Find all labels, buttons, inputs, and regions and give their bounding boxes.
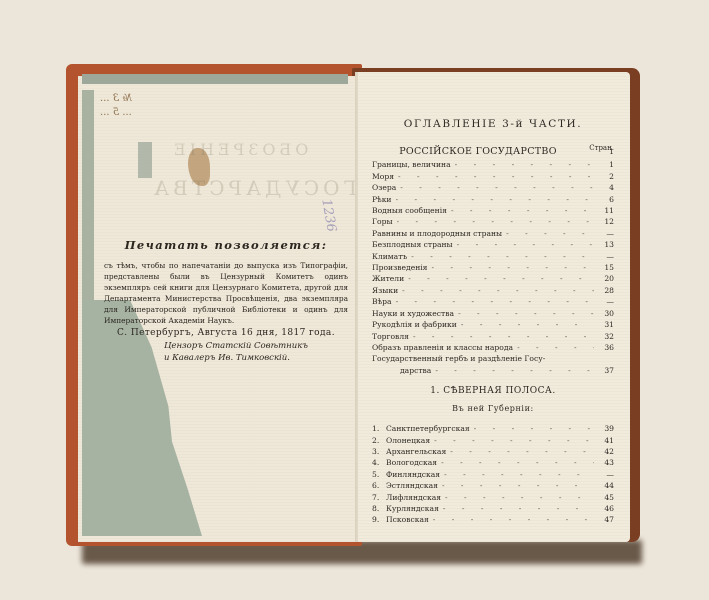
toc-entry-long: Государственный гербъ и раздѣленiе Госу- [372,353,614,364]
entry-label: Финляндская [386,469,444,480]
handwriting-line: ... 5 ... [100,106,340,120]
leader-dots: - - - - - - - - - - - - - - - - [402,285,594,296]
entry-page: 12 [594,216,614,227]
leader-dots: - - - - - - - - - - - - - - - - [413,331,594,342]
gubernia-entry: 2.Олонецкая- - - - - - - - - - - - - - -… [372,435,614,446]
leader-dots: - - - - - - - - - - - - - - - - [517,342,594,353]
entry-page: 47 [594,514,614,525]
toc-entry: Рукодѣлiя и фабрики- - - - - - - - - - -… [372,319,614,330]
toc-entry: Образъ правленiя и классы народа- - - - … [372,342,614,353]
entry-label: Эстляндская [386,480,442,491]
gubernia-entry: 9.Псковская- - - - - - - - - - - - - - -… [372,514,614,525]
entry-label: Озера [372,182,400,193]
entry-label: Языки [372,285,402,296]
leader-dots: - - - - - - - - - - - - - - - - [450,446,594,457]
toc-entry: Горы- - - - - - - - - - - - - - - -12 [372,216,614,227]
leader-dots: - - - - - - - - - - - - - - - - [457,239,594,250]
toc-entry-long-cont: дарства - - - - - - - - - - - - - - - - … [372,365,614,376]
entry-number: 4. [372,457,386,468]
entry-label: Рукодѣлiя и фабрики [372,319,461,330]
entry-label: Произведенiя [372,262,431,273]
handwriting-line: № 3 ... [100,92,340,106]
entry-page: 31 [594,319,614,330]
table-of-contents: ОГЛАВЛЕНIЕ 3-й ЧАСТИ. Стран. РОССIЙСКОЕ … [372,118,614,526]
toc-entry: Равнины и плодородныя страны- - - - - - … [372,228,614,239]
entry-page: 15 [594,262,614,273]
gubernias-heading: Въ ней Губернiи: [372,404,614,413]
entry-number: 1. [372,423,386,434]
entry-number: 7. [372,492,386,503]
entry-label: Вологодская [386,457,441,468]
entry-page: 28 [594,285,614,296]
entry-number: 3. [372,446,386,457]
leader-dots: - - - - - - - - - - - - - - - - [458,308,594,319]
censor-date: С. Петербургъ, Августа 16 дня, 1817 года… [104,328,348,338]
gubernia-entry: 3.Архангельская- - - - - - - - - - - - -… [372,446,614,457]
toc-entry: Науки и художества- - - - - - - - - - - … [372,308,614,319]
entry-label: Границы, величина [372,159,455,170]
leader-dots: - - - - - - - - - - - - - - - - [506,228,594,239]
entry-label: Государственный гербъ и раздѣленiе Госу- [372,353,549,364]
gubernia-list: 1.Санктпетербургская- - - - - - - - - - … [372,423,614,526]
entry-label: Жители [372,273,408,284]
entry-page: — [594,251,614,262]
toc-entry: Границы, величина- - - - - - - - - - - -… [372,159,614,170]
entry-page: 30 [594,308,614,319]
leader-dots: - - - - - - - - - - - - - - - - [396,194,595,205]
entry-number: 5. [372,469,386,480]
entry-label: Водныя сообщенiя [372,205,451,216]
entry-page: 2 [594,171,614,182]
handwritten-inscription: № 3 ... ... 5 ... [100,92,340,120]
entry-label: Олонецкая [386,435,434,446]
leader-dots: - - - - - - - - - - - - - - - - [396,296,594,307]
censor-permission-block: Печатать позволяется: съ тѣмъ, чтобы по … [104,238,348,364]
endpaper-top-strip [82,74,348,84]
section-title: РОССIЙСКОЕ ГОСУДАРСТВО [372,146,594,157]
leader-dots: - - - - - - - - - - - - - - - - [433,514,594,525]
entry-page: 44 [594,480,614,491]
section-row: РОССIЙСКОЕ ГОСУДАРСТВО 1 [372,146,614,159]
toc-entry: Климатъ- - - - - - - - - - - - - - - -— [372,251,614,262]
toc-entry: Озера- - - - - - - - - - - - - - - -4 [372,182,614,193]
leader-dots: - - - - - - - - - - - - - - - - [441,457,594,468]
entry-page: 11 [594,205,614,216]
entry-label: Курляндская [386,503,443,514]
leader-dots: - - - - - - - - - - - - - - - - [455,159,594,170]
entry-label: Вѣра [372,296,396,307]
entry-page: 20 [594,273,614,284]
show-through-text: ГОСУДАРСТВА [150,176,357,200]
leader-dots: - - - - - - - - - - - - - - - - [408,273,594,284]
leader-dots: - - - - - - - - - - - - - - - - [474,423,594,434]
leader-dots: - - - - - - - - - - - - - - - - [411,251,594,262]
leader-dots: - - - - - - - - - - - - - - - - [442,480,594,491]
gubernia-entry: 1.Санктпетербургская- - - - - - - - - - … [372,423,614,434]
entry-label: Рѣки [372,194,396,205]
entry-page: 1 [594,159,614,170]
entry-label: Образъ правленiя и классы народа [372,342,517,353]
entry-page: 32 [594,331,614,342]
gubernia-entry: 5.Финляндская- - - - - - - - - - - - - -… [372,469,614,480]
toc-entry: Рѣки- - - - - - - - - - - - - - - -6 [372,194,614,205]
entry-label: Моря [372,171,398,182]
leader-dots: - - - - - - - - - - - - - - - - [451,205,594,216]
toc-entries: Границы, величина- - - - - - - - - - - -… [372,159,614,353]
entry-page: 36 [594,342,614,353]
entry-page: — [594,228,614,239]
entry-label: Торговля [372,331,413,342]
leader-dots: - - - - - - - - - - - - - - - - [434,435,594,446]
censor-signature: Цензоръ Статскiй Совѣтникъ и Кавалеръ Ив… [104,340,348,364]
censor-signature-line: Цензоръ Статскiй Совѣтникъ [164,340,348,352]
entry-page: 46 [594,503,614,514]
toc-entry: Жители- - - - - - - - - - - - - - - -20 [372,273,614,284]
leader-dots: - - - - - - - - - - - - - - - - [445,492,594,503]
leader-dots: - - - - - - - - - - - - - - - - [398,171,594,182]
gubernia-entry: 6.Эстляндская- - - - - - - - - - - - - -… [372,480,614,491]
entry-page: 13 [594,239,614,250]
toc-entry: Моря- - - - - - - - - - - - - - - -2 [372,171,614,182]
toc-entry: Языки- - - - - - - - - - - - - - - -28 [372,285,614,296]
leader-dots: - - - - - - - - - - - - - - - - [435,365,594,376]
toc-entry: Торговля- - - - - - - - - - - - - - - -3… [372,331,614,342]
entry-page: 41 [594,435,614,446]
entry-page: 4 [594,182,614,193]
entry-label: Науки и художества [372,308,458,319]
censor-body: съ тѣмъ, чтобы по напечатанiи до выпуска… [104,260,348,326]
entry-page: — [594,469,614,480]
entry-label: Климатъ [372,251,411,262]
gubernia-entry: 8.Курляндская- - - - - - - - - - - - - -… [372,503,614,514]
entry-page: 45 [594,492,614,503]
gubernia-entry: 4.Вологодская- - - - - - - - - - - - - -… [372,457,614,468]
entry-label: дарства [372,365,435,376]
entry-label: Безплодныя страны [372,239,457,250]
leader-dots: - - - - - - - - - - - - - - - - [397,216,594,227]
leader-dots: - - - - - - - - - - - - - - - - [461,319,594,330]
entry-page: 6 [594,194,614,205]
entry-page: 39 [594,423,614,434]
entry-page: 37 [594,365,614,376]
leader-dots: - - - - - - - - - - - - - - - - [443,503,594,514]
leader-dots: - - - - - - - - - - - - - - - - [400,182,594,193]
censor-signature-line: и Кавалеръ Ив. Тимковскiй. [164,352,348,364]
entry-label: Равнины и плодородныя страны [372,228,506,239]
toc-entry: Вѣра- - - - - - - - - - - - - - - -— [372,296,614,307]
entry-number: 2. [372,435,386,446]
show-through-text: ОБОЗРЕНIЕ [170,140,308,159]
entry-label: Лифляндская [386,492,445,503]
entry-page: 42 [594,446,614,457]
entry-label: Горы [372,216,397,227]
entry-label: Архангельская [386,446,450,457]
entry-number: 8. [372,503,386,514]
entry-page: 43 [594,457,614,468]
censor-title: Печатать позволяется: [104,238,348,252]
leader-dots: - - - - - - - - - - - - - - - - [431,262,594,273]
toc-entry: Безплодныя страны- - - - - - - - - - - -… [372,239,614,250]
toc-entry: Произведенiя- - - - - - - - - - - - - - … [372,262,614,273]
toc-entry: Водныя сообщенiя- - - - - - - - - - - - … [372,205,614,216]
entry-number: 6. [372,480,386,491]
toc-title: ОГЛАВЛЕНIЕ 3-й ЧАСТИ. [372,118,614,130]
paper-tear-hole [138,142,152,178]
part-title: 1. СѢВЕРНАЯ ПОЛОСА. [372,386,614,396]
entry-page: — [594,296,614,307]
entry-label: Псковская [386,514,433,525]
gubernia-entry: 7.Лифляндская- - - - - - - - - - - - - -… [372,492,614,503]
entry-number: 9. [372,514,386,525]
leader-dots: - - - - - - - - - - - - - - - - [444,469,594,480]
section-page: 1 [594,146,614,157]
entry-label: Санктпетербургская [386,423,474,434]
